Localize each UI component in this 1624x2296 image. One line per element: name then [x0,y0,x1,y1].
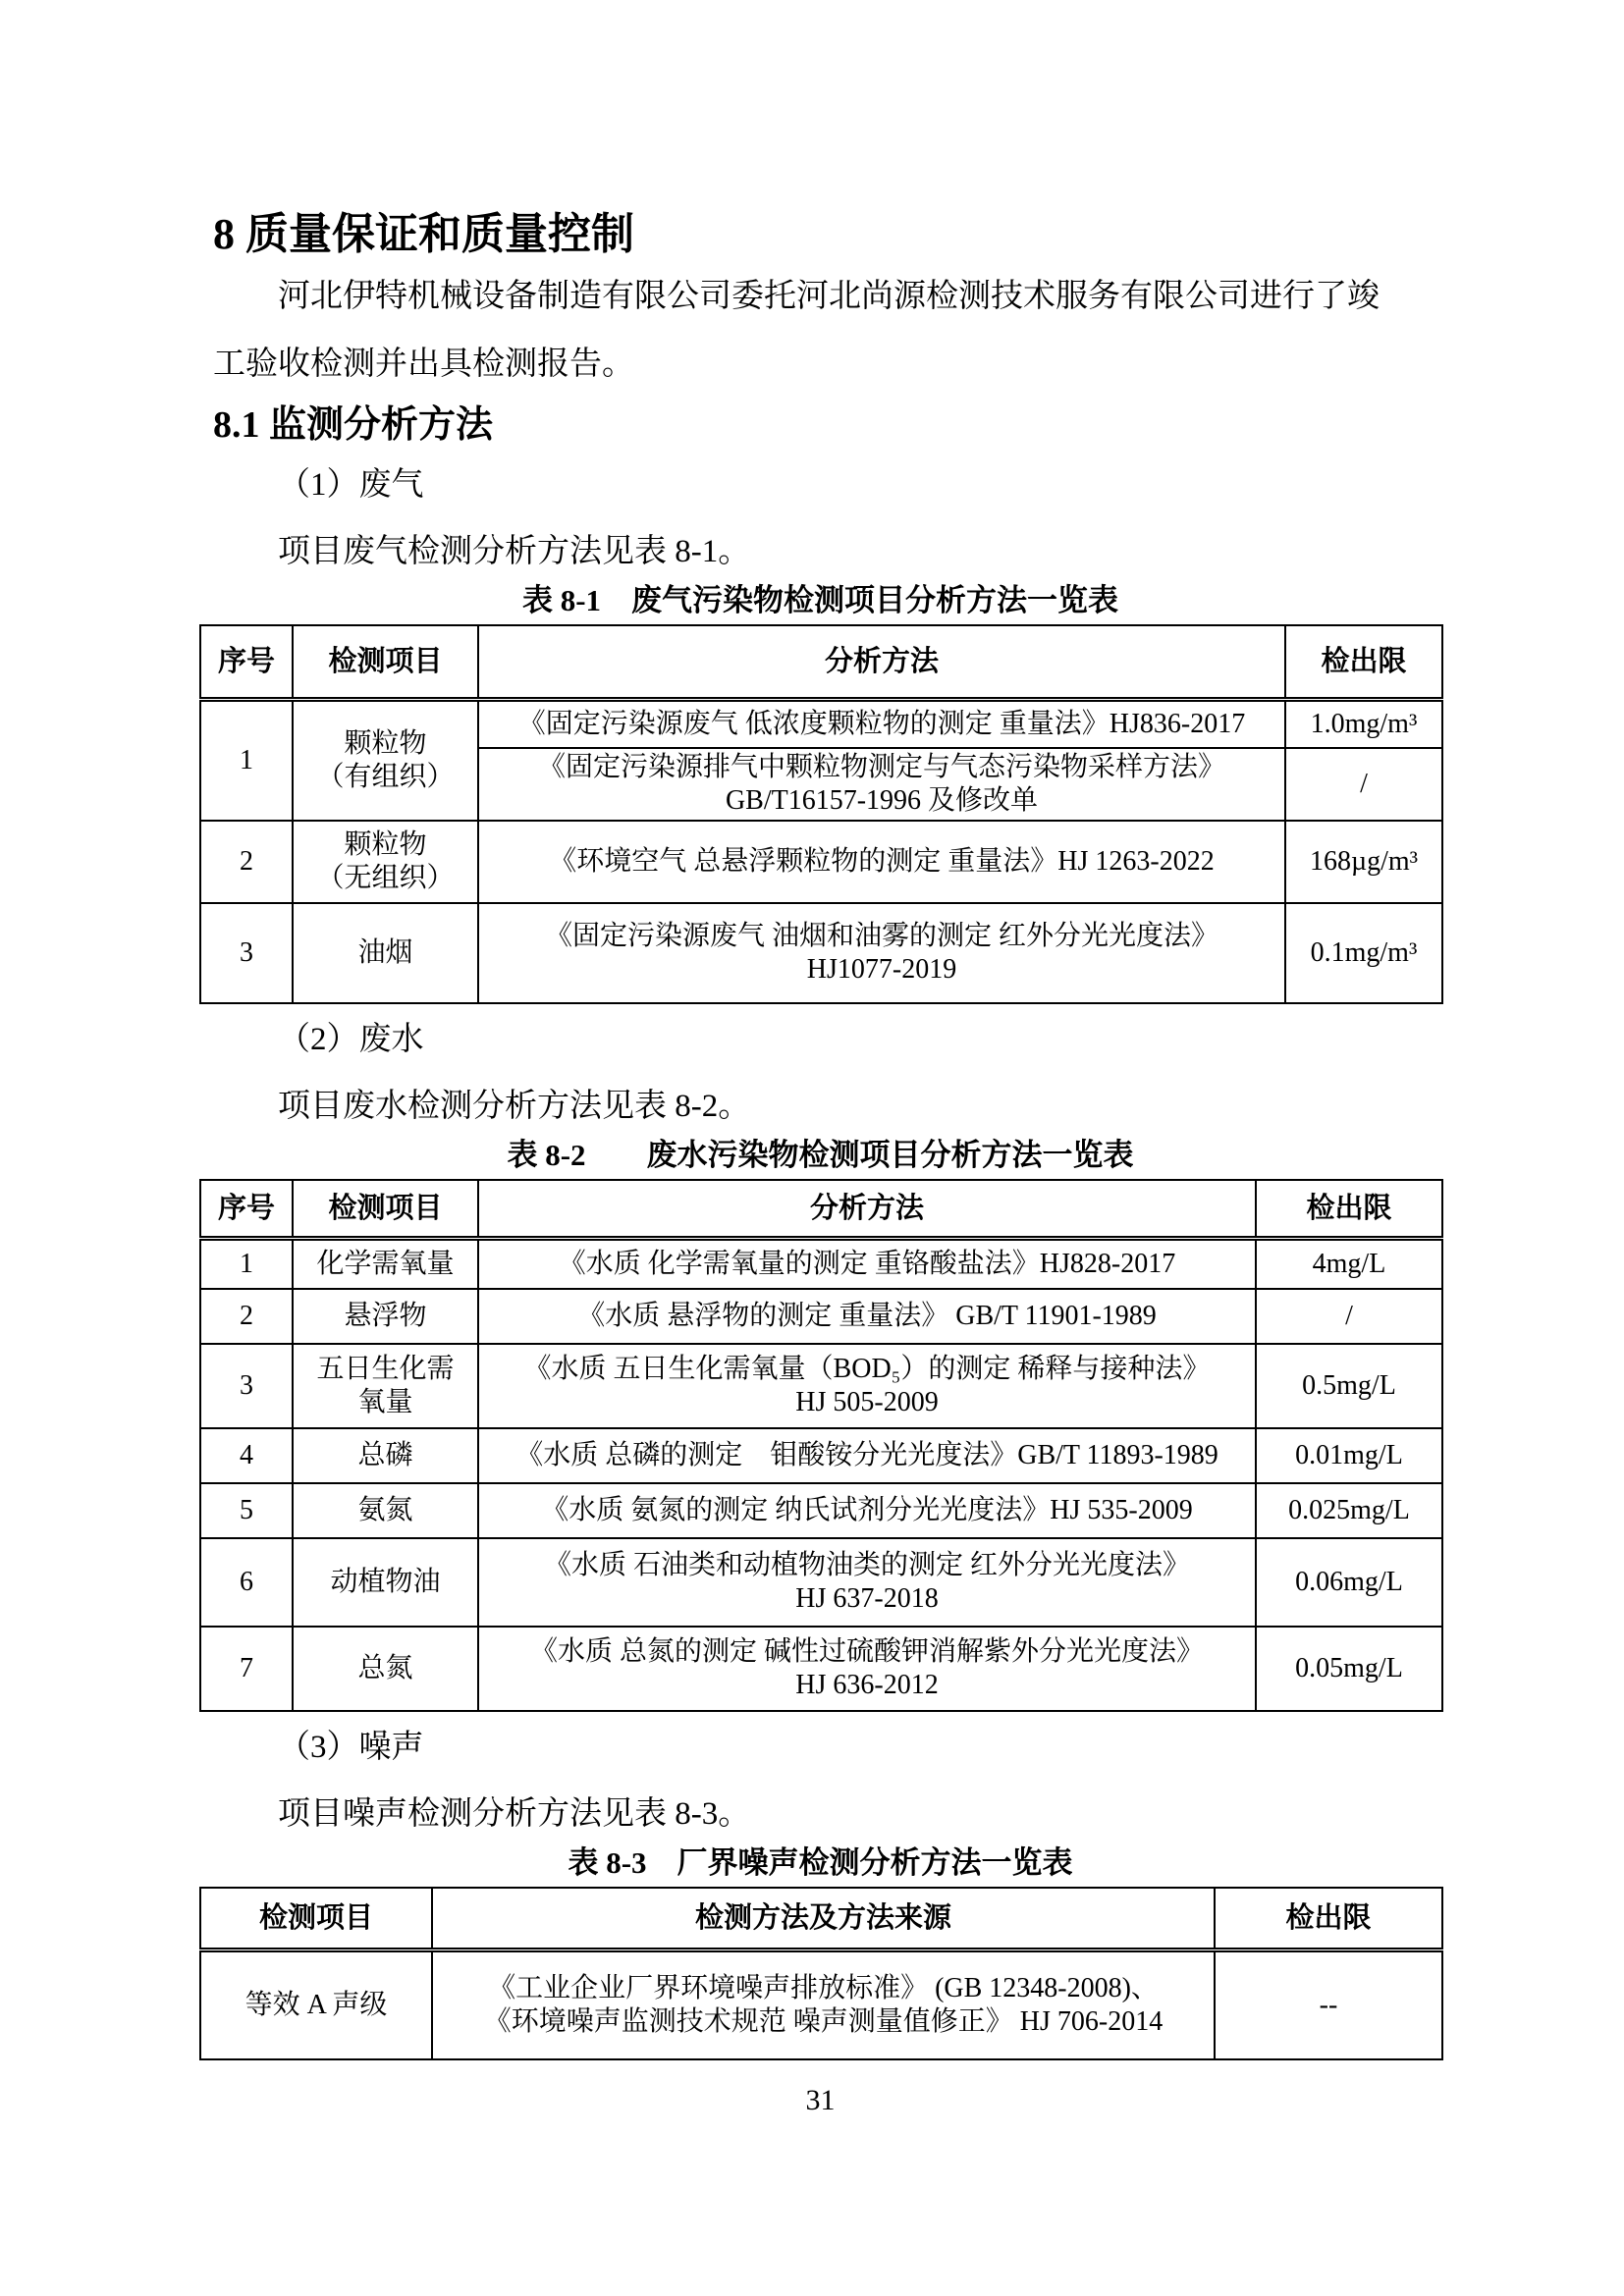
subsection-waste-gas-label: （1）废气 [278,463,1441,507]
table-row: 1 颗粒物 （有组织） 《固定污染源废气 低浓度颗粒物的测定 重量法》HJ836… [200,700,1442,749]
table-8-2: 序号 检测项目 分析方法 检出限 1 化学需氧量 《水质 化学需氧量的测定 重铬… [199,1179,1443,1712]
cell-method: 《水质 化学需氧量的测定 重铬酸盐法》HJ828-2017 [478,1239,1256,1290]
cell-item: 颗粒物 （有组织） [293,700,478,822]
cell-limit: 0.5mg/L [1256,1344,1442,1428]
page-number: 31 [199,2082,1441,2119]
table-row: 1 化学需氧量 《水质 化学需氧量的测定 重铬酸盐法》HJ828-2017 4m… [200,1239,1442,1290]
table-row: 序号 检测项目 分析方法 检出限 [200,625,1442,700]
cell-seq: 4 [200,1428,293,1483]
subsection-noise-label: （3）噪声 [278,1726,1441,1769]
header-seq: 序号 [200,1180,293,1239]
cell-seq: 1 [200,1239,293,1290]
cell-item: 悬浮物 [293,1289,478,1344]
cell-item: 颗粒物 （无组织） [293,821,478,903]
table-row: 2 颗粒物 （无组织） 《环境空气 总悬浮颗粒物的测定 重量法》HJ 1263-… [200,821,1442,903]
header-method: 检测方法及方法来源 [432,1888,1215,1950]
cell-limit: / [1285,748,1442,821]
cell-method: 《固定污染源排气中颗粒物测定与气态污染物采样方法》 GB/T16157-1996… [478,748,1285,821]
cell-limit: 0.1mg/m³ [1285,903,1442,1003]
cell-limit: 168µg/m³ [1285,821,1442,903]
table-row: 5 氨氮 《水质 氨氮的测定 纳氏试剂分光光度法》HJ 535-2009 0.0… [200,1483,1442,1538]
table-8-1-lead: 项目废气检测分析方法见表 8-1。 [278,530,1441,573]
cell-seq: 7 [200,1627,293,1711]
cell-item: 五日生化需 氧量 [293,1344,478,1428]
document-page: 8 质量保证和质量控制 河北伊特机械设备制造有限公司委托河北尚源检测技术服务有限… [0,0,1624,2296]
header-limit: 检出限 [1215,1888,1442,1950]
table-8-3-caption: 表 8-3 厂界噪声检测分析方法一览表 [199,1843,1441,1883]
table-row: 7 总氮 《水质 总氮的测定 碱性过硫酸钾消解紫外分光光度法》 HJ 636-2… [200,1627,1442,1711]
page-title: 8 质量保证和质量控制 [213,208,1441,261]
cell-seq: 6 [200,1538,293,1627]
cell-limit: 0.025mg/L [1256,1483,1442,1538]
table-8-1-caption: 表 8-1 废气污染物检测项目分析方法一览表 [199,581,1441,620]
header-limit: 检出限 [1256,1180,1442,1239]
header-item: 检测项目 [293,625,478,700]
cell-item: 氨氮 [293,1483,478,1538]
cell-limit: / [1256,1289,1442,1344]
table-row: 6 动植物油 《水质 石油类和动植物油类的测定 红外分光光度法》 HJ 637-… [200,1538,1442,1627]
table-8-2-lead: 项目废水检测分析方法见表 8-2。 [278,1085,1441,1128]
cell-item: 油烟 [293,903,478,1003]
cell-limit: 0.05mg/L [1256,1627,1442,1711]
cell-method: 《水质 氨氮的测定 纳氏试剂分光光度法》HJ 535-2009 [478,1483,1256,1538]
table-8-2-caption: 表 8-2 废水污染物检测项目分析方法一览表 [199,1136,1441,1175]
cell-item: 动植物油 [293,1538,478,1627]
cell-seq: 2 [200,821,293,903]
table-8-3: 检测项目 检测方法及方法来源 检出限 等效 A 声级 《工业企业厂界环境噪声排放… [199,1887,1443,2060]
cell-item: 总磷 [293,1428,478,1483]
table-8-1: 序号 检测项目 分析方法 检出限 1 颗粒物 （有组织） 《固定污染源废气 低浓… [199,624,1443,1004]
cell-seq: 1 [200,700,293,822]
header-item: 检测项目 [200,1888,432,1950]
header-method: 分析方法 [478,1180,1256,1239]
table-row: 2 悬浮物 《水质 悬浮物的测定 重量法》 GB/T 11901-1989 / [200,1289,1442,1344]
header-item: 检测项目 [293,1180,478,1239]
cell-limit: 0.06mg/L [1256,1538,1442,1627]
cell-method: 《水质 总氮的测定 碱性过硫酸钾消解紫外分光光度法》 HJ 636-2012 [478,1627,1256,1711]
cell-seq: 5 [200,1483,293,1538]
cell-limit: -- [1215,1950,1442,2060]
table-row: 检测项目 检测方法及方法来源 检出限 [200,1888,1442,1950]
cell-limit: 0.01mg/L [1256,1428,1442,1483]
header-method: 分析方法 [478,625,1285,700]
cell-method: 《水质 悬浮物的测定 重量法》 GB/T 11901-1989 [478,1289,1256,1344]
cell-method: 《固定污染源废气 油烟和油雾的测定 红外分光光度法》 HJ1077-2019 [478,903,1285,1003]
cell-seq: 3 [200,1344,293,1428]
table-8-3-lead: 项目噪声检测分析方法见表 8-3。 [278,1792,1441,1836]
cell-seq: 2 [200,1289,293,1344]
cell-method: 《固定污染源废气 低浓度颗粒物的测定 重量法》HJ836-2017 [478,700,1285,749]
header-limit: 检出限 [1285,625,1442,700]
cell-method: 《水质 总磷的测定 钼酸铵分光光度法》GB/T 11893-1989 [478,1428,1256,1483]
page-content: 8 质量保证和质量控制 河北伊特机械设备制造有限公司委托河北尚源检测技术服务有限… [0,0,1441,2119]
cell-limit: 1.0mg/m³ [1285,700,1442,749]
cell-seq: 3 [200,903,293,1003]
cell-method: 《工业企业厂界环境噪声排放标准》 (GB 12348-2008)、 《环境噪声监… [432,1950,1215,2060]
subsection-waste-water-label: （2）废水 [278,1018,1441,1061]
cell-method: 《水质 石油类和动植物油类的测定 红外分光光度法》 HJ 637-2018 [478,1538,1256,1627]
section-heading: 8.1 监测分析方法 [213,400,1441,450]
table-row: 序号 检测项目 分析方法 检出限 [200,1180,1442,1239]
cell-item: 等效 A 声级 [200,1950,432,2060]
table-row: 等效 A 声级 《工业企业厂界环境噪声排放标准》 (GB 12348-2008)… [200,1950,1442,2060]
cell-item: 化学需氧量 [293,1239,478,1290]
header-seq: 序号 [200,625,293,700]
table-row: 3 五日生化需 氧量 《水质 五日生化需氧量（BOD₅）的测定 稀释与接种法》 … [200,1344,1442,1428]
cell-method: 《环境空气 总悬浮颗粒物的测定 重量法》HJ 1263-2022 [478,821,1285,903]
intro-paragraph: 河北伊特机械设备制造有限公司委托河北尚源检测技术服务有限公司进行了竣 工验收检测… [213,263,1415,399]
cell-limit: 4mg/L [1256,1239,1442,1290]
table-row: 4 总磷 《水质 总磷的测定 钼酸铵分光光度法》GB/T 11893-1989 … [200,1428,1442,1483]
cell-method: 《水质 五日生化需氧量（BOD₅）的测定 稀释与接种法》 HJ 505-2009 [478,1344,1256,1428]
cell-item: 总氮 [293,1627,478,1711]
table-row: 3 油烟 《固定污染源废气 油烟和油雾的测定 红外分光光度法》 HJ1077-2… [200,903,1442,1003]
